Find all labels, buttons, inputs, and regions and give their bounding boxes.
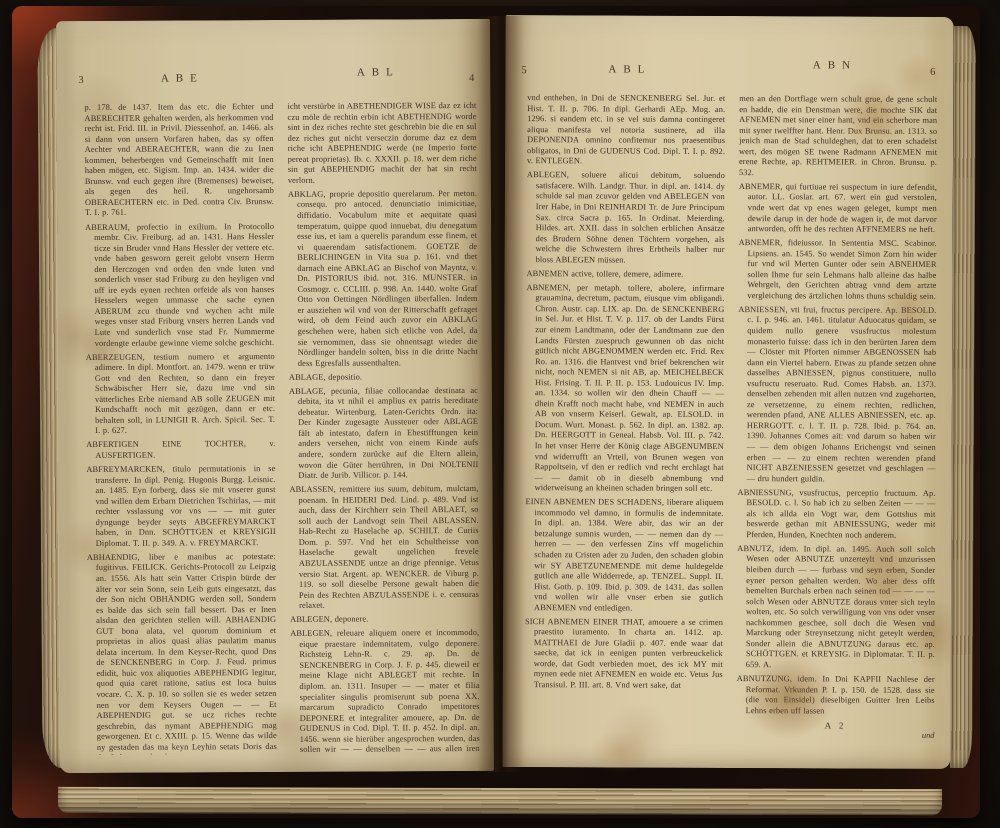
- continuation-paragraph: p. 178. de 1437. Item das etc. die Echte…: [84, 102, 274, 219]
- right-page: 5 ABL ABN 6 vnd entheben, in Dni de SENC…: [502, 15, 953, 769]
- signature-mark: A 2: [737, 720, 935, 731]
- dictionary-entry: ABNUTZ, idem. In dipl. an. 1495. Auch so…: [737, 544, 936, 671]
- running-title: ABL: [527, 63, 732, 86]
- running-titles: ABL ABN: [527, 63, 937, 87]
- dictionary-entry: ABNEMEN active, tollere, demere, adimere…: [526, 269, 724, 280]
- text-column: p. 178. de 1437. Item das etc. die Echte…: [84, 102, 276, 755]
- dictionary-entry: ABNEMER, qui furtiuae rei suspectum in i…: [739, 182, 937, 236]
- dictionary-entry: ABKLAG, proprie depositio querelarum. Pe…: [288, 189, 478, 369]
- dictionary-entry: ABNUTZUNG, idem. In Dni KAPFII Nachlese …: [737, 674, 935, 717]
- continuation-paragraph: men an den Dortflage wern schult grue, d…: [739, 94, 937, 179]
- text-columns: vnd entheben, in Dni de SENCKENBERG Sel.…: [524, 93, 937, 747]
- dictionary-entry: ABLASSEN, remittere ius suum, debitum, m…: [289, 484, 479, 612]
- text-column: vnd entheben, in Dni de SENCKENBERG Sel.…: [524, 93, 725, 746]
- page-header: 5 ABL ABN 6: [527, 63, 937, 87]
- dictionary-entry: EINEN ABNEMEN DES SCHADENS, liberare ali…: [525, 497, 724, 614]
- stacked-page-edges-right: [950, 26, 976, 768]
- dictionary-entry: ABLEGEN, deponere.: [290, 614, 479, 626]
- text-column: men an den Dortflage wern schult grue, d…: [736, 94, 937, 747]
- page-header: 3 ABE ABL 4: [84, 71, 476, 95]
- page-number: 6: [930, 67, 935, 78]
- dictionary-entry: ABHAENDIG, liber e manibus ac potestate:…: [87, 552, 277, 755]
- text-column: icht verstürbe in ABETHENDIGER WISE daz …: [287, 101, 479, 754]
- dictionary-entry: ABNEMER, fideiussor. In Sententia MSC. S…: [738, 238, 936, 302]
- dictionary-entry: ABLAGE, depositio.: [289, 372, 478, 384]
- dictionary-entry: ABLEGEN, releuare aliquem onere et incom…: [290, 628, 480, 754]
- left-page-content: 3 ABE ABL 4 p. 178. de 1437. Item das et…: [56, 19, 494, 773]
- dictionary-entry: ABLAGE, pecunia, filiae collocandae dest…: [289, 386, 478, 482]
- continuation-paragraph: vnd entheben, in Dni de SENCKENBERG Sel.…: [527, 93, 725, 168]
- dictionary-entry: ABFERTIGEN EINE TOCHTER, v. AUSFERTIGEN.: [86, 439, 275, 461]
- dictionary-entry: ABLEGEN, soluere alicui debitum, soluend…: [527, 170, 725, 266]
- book-photo: 3 ABE ABL 4 p. 178. de 1437. Item das et…: [0, 0, 1000, 828]
- stacked-page-edges-bottom: [58, 787, 942, 815]
- running-titles: ABE ABL: [84, 71, 476, 95]
- dictionary-entry: SICH ABNEMEN EINER THAT, amouere a se cr…: [525, 617, 723, 692]
- continuation-paragraph: icht verstürbe in ABETHENDIGER WISE daz …: [287, 101, 476, 186]
- dictionary-entry: ABERAUM, profectio in exilium. In Protoc…: [85, 222, 275, 350]
- dictionary-entry: ABNEMEN, per metaph. tollere, abolere, i…: [526, 283, 725, 495]
- page-number: 3: [78, 75, 83, 86]
- running-title: ABE: [84, 72, 280, 95]
- text-columns: p. 178. de 1437. Item das etc. die Echte…: [84, 101, 479, 755]
- catchword: und: [922, 731, 935, 740]
- right-page-content: 5 ABL ABN 6 vnd entheben, in Dni de SENC…: [502, 15, 953, 769]
- page-number: 4: [469, 73, 474, 84]
- dictionary-entry: ABNIESSUNG, vsusfructus, perceptio fruct…: [737, 488, 935, 542]
- signature-row: A 2 und: [737, 720, 935, 731]
- dictionary-entry: ABERZEUGEN, testium numero et argumento …: [86, 352, 275, 437]
- page-number: 5: [521, 65, 526, 76]
- dictionary-entry: ABFREYMARCKEN, titulo permutationis in s…: [86, 464, 275, 549]
- dictionary-entry: ABNIESSEN, vti frui, fructus percipere. …: [738, 305, 937, 485]
- left-page: 3 ABE ABL 4 p. 178. de 1437. Item das et…: [56, 19, 494, 773]
- running-title: ABN: [732, 59, 937, 82]
- running-title: ABL: [280, 66, 476, 89]
